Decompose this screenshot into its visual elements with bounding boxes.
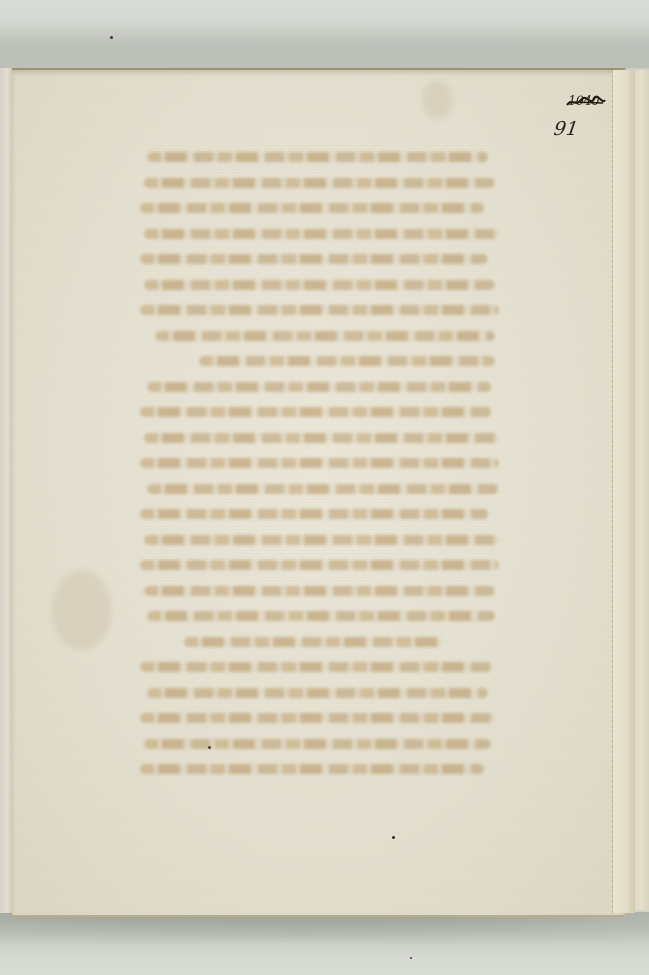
strike-through-scribble-icon [566,96,606,108]
bleed-line [140,458,499,468]
bleed-line [140,305,499,315]
bleed-line [144,178,496,188]
bleed-through-text-block [140,152,510,812]
bleed-line [155,331,495,341]
bleed-line [147,382,491,392]
bleed-line [140,560,499,570]
paper-stain [422,80,452,120]
bleed-line [144,229,499,239]
bleed-line [144,433,499,443]
bleed-line [144,280,496,290]
bleed-line [144,739,492,749]
bleed-line [184,637,443,647]
bleed-line [140,203,484,213]
foliation-mark: 1040 91 [548,90,618,150]
bleed-line [147,611,495,621]
bleed-line [140,254,488,264]
bleed-line [140,764,484,774]
board-speck [110,36,113,39]
bleed-line [144,535,499,545]
board-speck [410,957,412,959]
bleed-line [140,662,492,672]
folio-number: 91 [552,118,579,140]
bleed-line [140,713,495,723]
paper-stain [52,570,112,650]
ink-speck [392,836,395,839]
leaf-deckled-edge [612,70,635,913]
bleed-line [140,407,492,417]
bleed-line [144,586,496,596]
bleed-line [199,356,495,366]
mount-board-bottom-shadow [0,912,649,946]
bleed-line [147,484,499,494]
bleed-line [147,688,487,698]
bleed-line [140,509,488,519]
bleed-line [147,152,487,162]
mount-board-top-shadow [0,20,649,68]
